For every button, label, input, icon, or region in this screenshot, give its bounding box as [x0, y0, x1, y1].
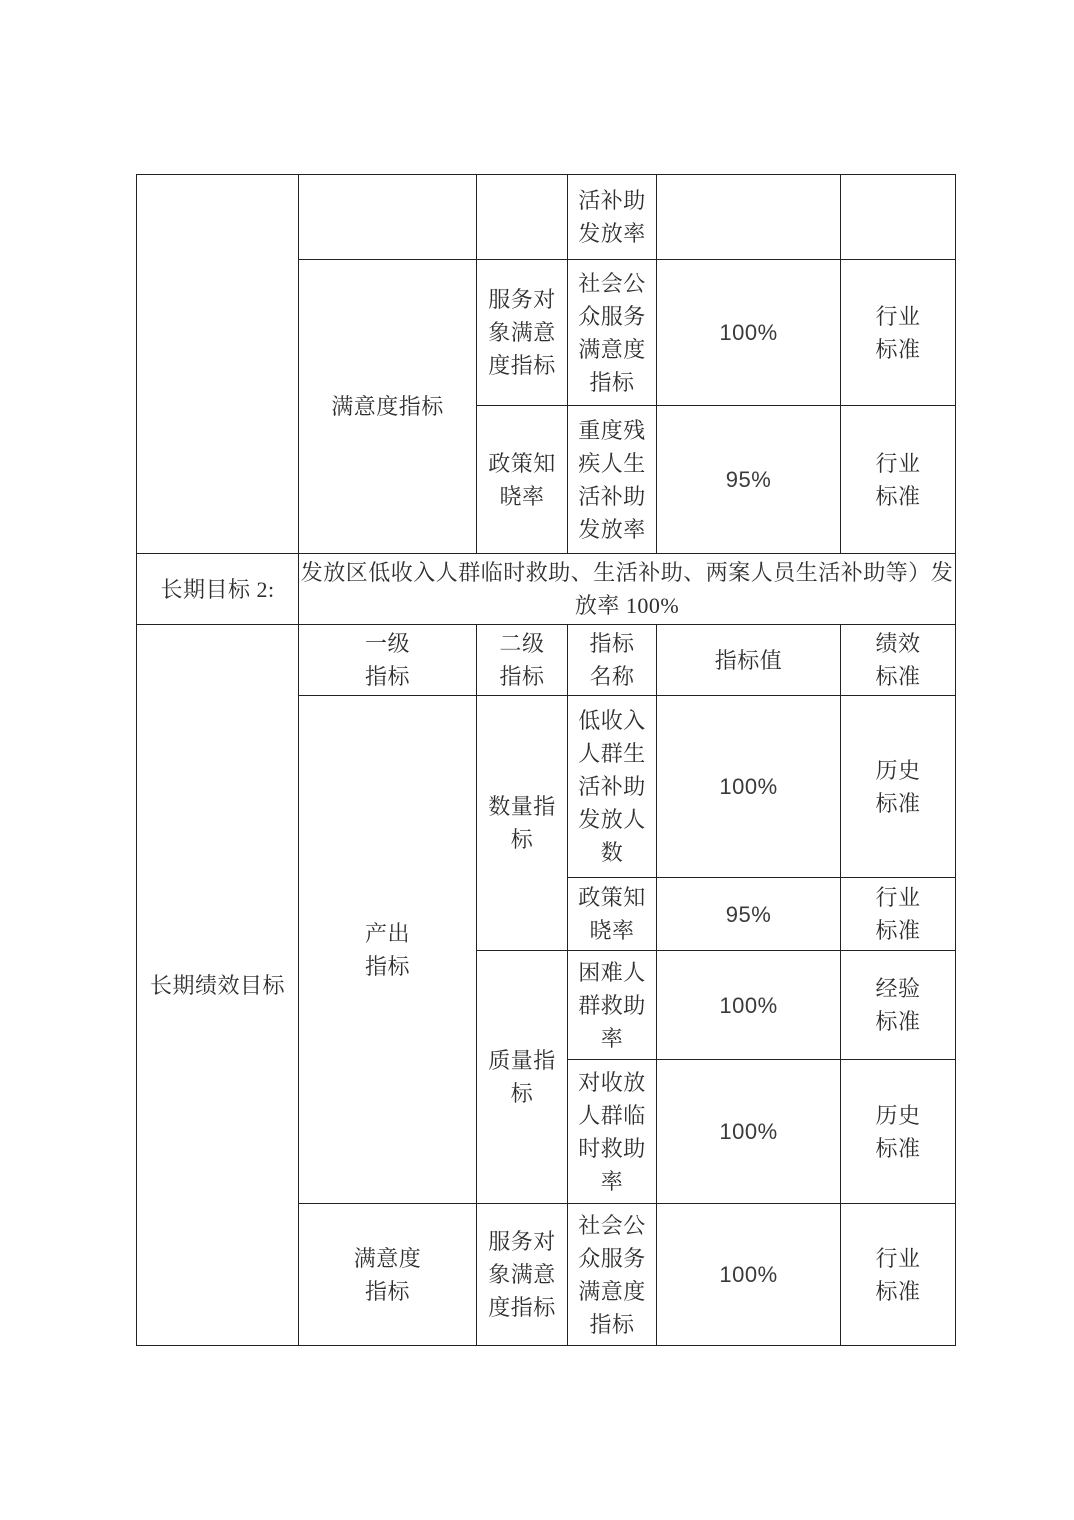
cell-b5-indicator-value: 100%: [657, 1204, 841, 1346]
cell-a-satisfaction-level1: 满意度指标: [299, 260, 477, 554]
cell-b-quantity-level2: 数量指 标: [477, 696, 568, 951]
cell-a2-standard: 行业 标准: [841, 260, 956, 406]
cell-b1-indicator-value: 100%: [657, 696, 841, 878]
cell-a3-standard: 行业 标准: [841, 406, 956, 554]
cell-a2-level2: 服务对 象满意 度指标: [477, 260, 568, 406]
cell-b2-indicator-name: 政策知 晓率: [568, 878, 657, 951]
cell-goal2-label: 长期目标 2:: [137, 554, 299, 625]
cell-a3-level2: 政策知 晓率: [477, 406, 568, 554]
header-indicator-name: 指标 名称: [568, 625, 657, 696]
cell-b-satisfaction-level1: 满意度 指标: [299, 1204, 477, 1346]
table-header-row: 长期绩效目标 一级 指标 二级 指标 指标 名称 指标值 绩效 标准: [137, 625, 956, 696]
cell-a1-level1-empty: [299, 175, 477, 260]
cell-b1-indicator-name: 低收入 人群生 活补助 发放人 数: [568, 696, 657, 878]
table-row-goal: 长期目标 2: 发放区低收入人群临时救助、生活补助、两案人员生活补助等）发 放率…: [137, 554, 956, 625]
table-row: 活补助 发放率: [137, 175, 956, 260]
cell-b2-indicator-value: 95%: [657, 878, 841, 951]
cell-b2-standard: 行业 标准: [841, 878, 956, 951]
cell-a3-indicator-name: 重度残 疾人生 活补助 发放率: [568, 406, 657, 554]
cell-b3-indicator-name: 困难人 群救助 率: [568, 951, 657, 1060]
performance-indicators-table: 活补助 发放率 满意度指标 服务对 象满意 度指标 社会公 众服务 满意度 指标…: [136, 174, 956, 1346]
cell-a1-indicator-name: 活补助 发放率: [568, 175, 657, 260]
cell-b1-standard: 历史 标准: [841, 696, 956, 878]
cell-a1-standard-empty: [841, 175, 956, 260]
cell-b3-standard: 经验 标准: [841, 951, 956, 1060]
cell-a2-indicator-value: 100%: [657, 260, 841, 406]
cell-b5-indicator-name: 社会公 众服务 满意度 指标: [568, 1204, 657, 1346]
cell-b5-standard: 行业 标准: [841, 1204, 956, 1346]
header-standard: 绩效 标准: [841, 625, 956, 696]
cell-goal2-text: 发放区低收入人群临时救助、生活补助、两案人员生活补助等）发 放率 100%: [299, 554, 956, 625]
cell-b-quality-level2: 质量指 标: [477, 951, 568, 1204]
cell-b4-indicator-name: 对收放 人群临 时救助 率: [568, 1060, 657, 1204]
cell-a3-indicator-value: 95%: [657, 406, 841, 554]
cell-b3-indicator-value: 100%: [657, 951, 841, 1060]
cell-b-output-level1: 产出 指标: [299, 696, 477, 1204]
cell-a1-level2-empty: [477, 175, 568, 260]
cell-b4-indicator-value: 100%: [657, 1060, 841, 1204]
cell-sectionA-side-label: [137, 175, 299, 554]
header-level2: 二级 指标: [477, 625, 568, 696]
cell-a2-indicator-name: 社会公 众服务 满意度 指标: [568, 260, 657, 406]
header-indicator-value: 指标值: [657, 625, 841, 696]
cell-b4-standard: 历史 标准: [841, 1060, 956, 1204]
header-level1: 一级 指标: [299, 625, 477, 696]
cell-sectionB-side-label: 长期绩效目标: [137, 625, 299, 1346]
cell-b5-level2: 服务对 象满意 度指标: [477, 1204, 568, 1346]
cell-a1-indicator-value-empty: [657, 175, 841, 260]
document-page: 活补助 发放率 满意度指标 服务对 象满意 度指标 社会公 众服务 满意度 指标…: [0, 0, 1074, 1520]
